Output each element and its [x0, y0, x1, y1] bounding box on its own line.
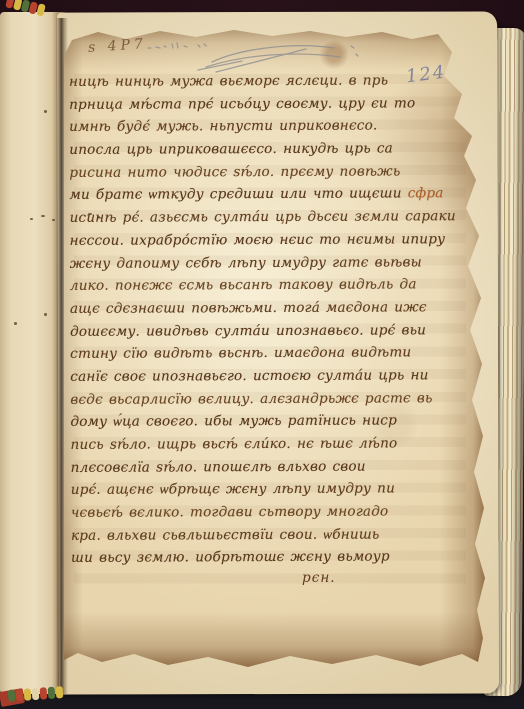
- text-line: дому ѡ́ца своєго. ибы мужь ратїнись ниср: [70, 409, 474, 433]
- text-line: дошєєму. ивидѣвь султа́и ипознавьєо. ирє…: [70, 319, 474, 343]
- margin-dot: [41, 215, 45, 217]
- manuscript-page: ѕ 4Р7 124 ницѣ нинцѣ мужа вьєморє яслєци…: [64, 22, 486, 670]
- text-line: нєссои. ихрабро́стїю моєю нєис то нєимы …: [70, 228, 474, 252]
- margin-dot: [97, 216, 100, 218]
- text-line-main: ми братє ѡткуду срєдиши или что ищєши: [69, 186, 401, 203]
- text-line: рисина нито чюдисє ѕѣ́ло. прєєму повѣжь: [69, 160, 473, 184]
- text-line: лико. понєжє єсмь вьсанѣ такову видѣль д…: [70, 273, 474, 297]
- text-line-accent: сфра: [402, 186, 444, 202]
- text-line-main: жєну дапоиму сєбѣ лѣпу имудру гатє вьѣвы: [70, 254, 422, 272]
- text-line: ши вьсу зємлю. иобрѣтошє жєну вьмоур: [71, 546, 475, 570]
- text-line-main: санїє своє ипознавьєго. истоєю султа́и ц…: [70, 367, 428, 385]
- text-line: исинѣ рє́. азьєсмь султа́и црь дьсєи зєм…: [70, 205, 474, 229]
- margin-dot: [44, 313, 47, 316]
- text-line: стину сїю видѣть вьснѣ. имаєдона видѣти: [70, 341, 474, 365]
- text-line-main: стину сїю видѣть вьснѣ. имаєдона видѣти: [70, 345, 411, 362]
- text-line: жєну дапоиму сєбѣ лѣпу имудру гатє вьѣвы: [70, 251, 474, 275]
- text-line-main: ащє сдєзнаєши повѣжьми. тога́ маєдона иж…: [70, 299, 427, 317]
- text-line: пись ѕѣ́ло. ищрь вьсѣ́ єли́ко. нє ѣшє лѣ…: [70, 432, 474, 456]
- text-line-main: прница мѣ́ста прє́ исьо́цу своєму. цру є…: [69, 95, 415, 113]
- manuscript-photo: { "page": { "folio_number": "124", "shel…: [0, 0, 524, 709]
- text-line: санїє своє ипознавьєго. истоєю султа́и ц…: [70, 364, 474, 388]
- endband-thread: [40, 687, 48, 699]
- text-line-main: рисина нито чюдисє ѕѣ́ло. прєєму повѣжь: [69, 163, 400, 180]
- text-line-main: исинѣ рє́. азьєсмь султа́и црь дьсєи зєм…: [70, 208, 456, 226]
- text-line: ми братє ѡткуду срєдиши или что ищєши сф…: [69, 183, 473, 207]
- text-line: ащє сдєзнаєши повѣжьми. тога́ маєдона иж…: [70, 296, 474, 320]
- text-line: кра. вльхви сьвльшьєствїи свои. ѡбнишь: [71, 523, 475, 547]
- margin-dot: [88, 213, 92, 215]
- text-line-main: ницѣ нинцѣ мужа вьєморє яслєци. в прь: [69, 72, 388, 89]
- text-line-main: чєвьєѣ́ вєлико. тогдави сьтвору многадо: [71, 504, 389, 521]
- endband-thread: [24, 688, 32, 700]
- margin-dot: [44, 110, 47, 113]
- text-line-main: ирє́. ащєнє ѡбрѣщє жєну лѣпу имудру пи: [71, 481, 395, 498]
- text-line-main: дошєєму. ивидѣвь султа́и ипознавьєо. ирє…: [70, 322, 426, 340]
- text-line: плєсовєлїа ѕѣ́ло. ипошєлѣ вльхво свои: [71, 455, 475, 479]
- margin-dot: [30, 218, 33, 220]
- text-line-main: нєссои. ихрабро́стїю моєю нєис то нєимы …: [70, 231, 446, 249]
- endband-thread: [16, 689, 24, 701]
- endband-thread: [56, 686, 64, 698]
- text-line-main: ши вьсу зємлю. иобрѣтошє жєну вьмоур: [71, 549, 390, 566]
- endband-thread: [32, 688, 40, 700]
- endband-bottom: [8, 686, 64, 702]
- text-line-main: плєсовєлїа ѕѣ́ло. ипошєлѣ вльхво свои: [71, 458, 366, 475]
- text-line: прница мѣ́ста прє́ исьо́цу своєму. цру є…: [69, 92, 473, 116]
- text-line: имнѣ будє́ мужь. ньпусти иприковнєсо.: [69, 114, 473, 138]
- margin-dot: [52, 219, 55, 221]
- text-line-main: пись ѕѣ́ло. ищрь вьсѣ́ єли́ко. нє ѣшє лѣ…: [71, 435, 398, 452]
- text-line-main: лико. понєжє єсмь вьсанѣ такову видѣль д…: [70, 277, 417, 295]
- text-line: вєдє вьсарлисїю вєлицу. алєзандрьжє раст…: [70, 387, 474, 411]
- text-line: чєвьєѣ́ вєлико. тогдави сьтвору многадо: [71, 500, 475, 524]
- text-line: ипосла црь иприковашєєсо. никудѣ црь са: [69, 137, 473, 161]
- text-line-main: вєдє вьсарлисїю вєлицу. алєзандрьжє раст…: [70, 390, 432, 408]
- endband-thread: [48, 687, 56, 699]
- endband-thread: [8, 689, 16, 701]
- manuscript-text: ницѣ нинцѣ мужа вьєморє яслєци. в прьпрн…: [69, 69, 475, 570]
- catchword: рєн.: [302, 570, 336, 586]
- ink-shelfmark: ѕ 4Р7: [88, 36, 148, 56]
- text-line-main: кра. вльхви сьвльшьєствїи свои. ѡбнишь: [71, 526, 380, 543]
- text-line-main: дому ѡ́ца своєго. ибы мужь ратїнись ниср: [70, 413, 397, 430]
- text-line: ирє́. ащєнє ѡбрѣщє жєну лѣпу имудру пи: [71, 477, 475, 501]
- text-line: ницѣ нинцѣ мужа вьєморє яслєци. в прь: [69, 69, 473, 93]
- margin-dot: [14, 322, 17, 325]
- text-line-main: ипосла црь иприковашєєсо. никудѣ црь са: [69, 141, 393, 158]
- text-line-main: имнѣ будє́ мужь. ньпусти иприковнєсо.: [69, 118, 377, 135]
